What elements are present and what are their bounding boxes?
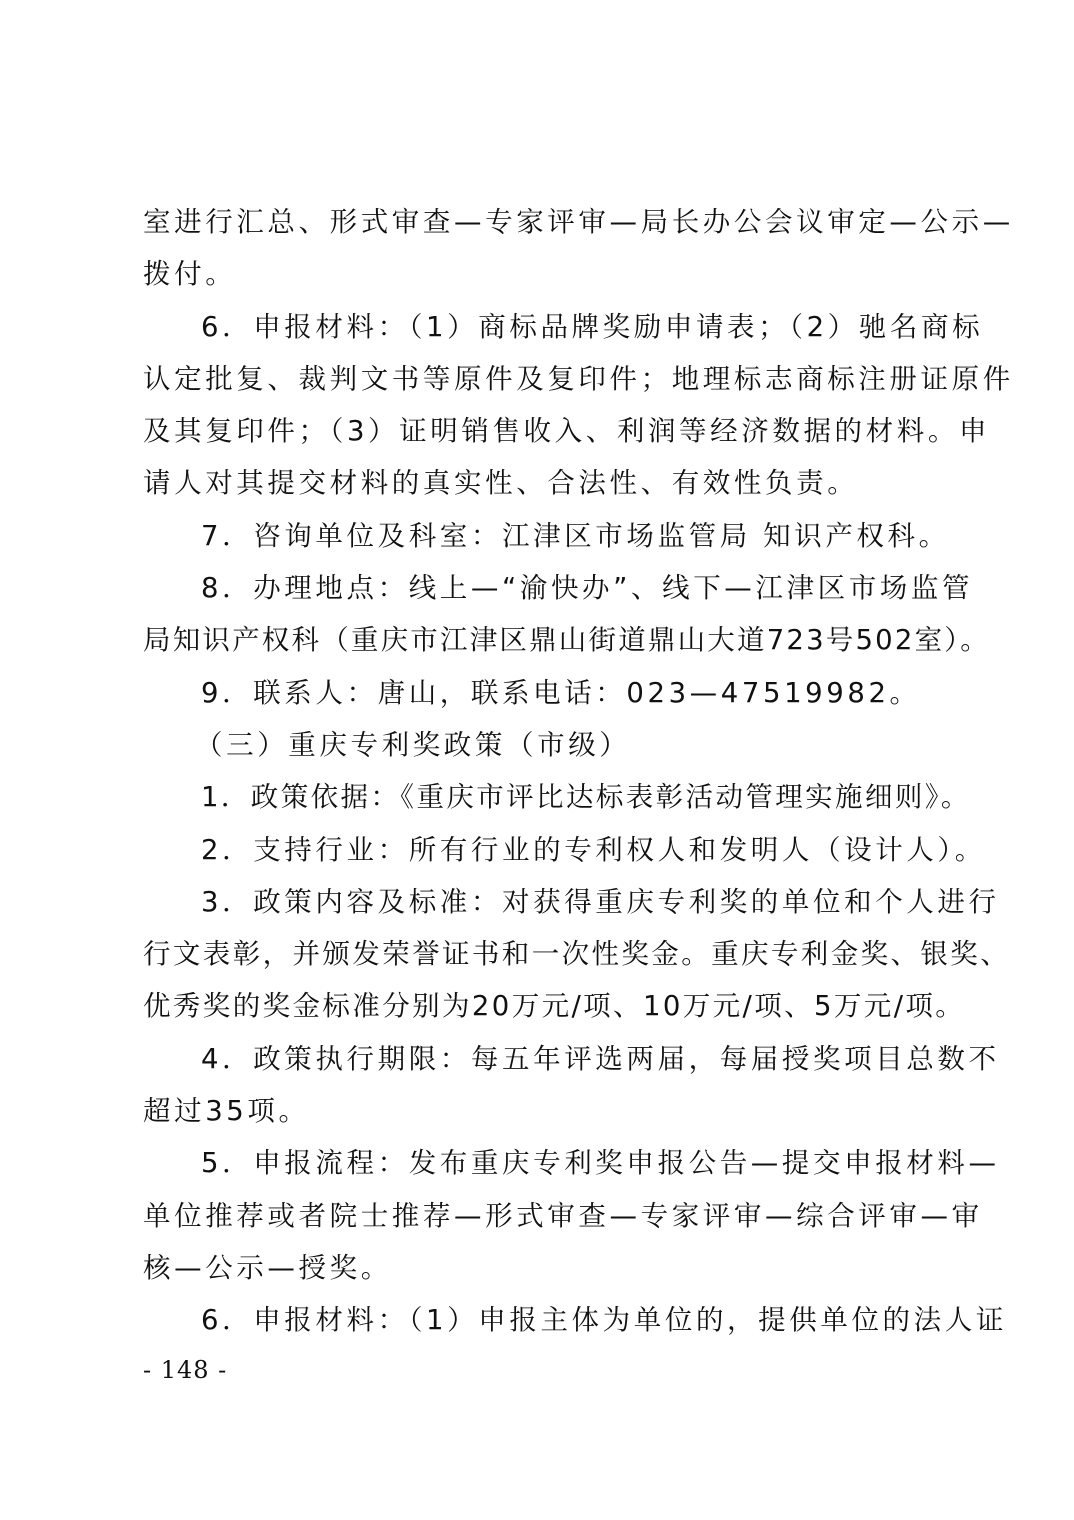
paragraph-line: 局知识产权科（重庆市江津区鼎山街道鼎山大道723号502室）。 (143, 614, 943, 666)
paragraph-line: 9．联系人：唐山，联系电话：023—47519982。 (143, 667, 943, 719)
paragraph-line: 优秀奖的奖金标准分别为20万元/项、10万元/项、5万元/项。 (143, 980, 943, 1032)
paragraph-line: 核—公示—授奖。 (143, 1242, 943, 1294)
paragraph-line: 7．咨询单位及科室：江津区市场监管局 知识产权科。 (143, 510, 943, 562)
paragraph-line: 3．政策内容及标准：对获得重庆专利奖的单位和个人进行 (143, 876, 943, 928)
paragraph-line: 拨付。 (143, 248, 943, 300)
paragraph-line: 行文表彰，并颁发荣誉证书和一次性奖金。重庆专利金奖、银奖、 (143, 928, 943, 980)
paragraph-line: 认定批复、裁判文书等原件及复印件；地理标志商标注册证原件 (143, 353, 943, 405)
paragraph-line: 1．政策依据：《重庆市评比达标表彰活动管理实施细则》。 (143, 771, 943, 823)
document-page: 室进行汇总、形式审查—专家评审—局长办公会议审定—公示— 拨付。 6．申报材料：… (143, 196, 943, 1347)
paragraph-line: 8．办理地点：线上—“渝快办”、线下—江津区市场监管 (143, 562, 943, 614)
page-number: - 148 - (143, 1356, 227, 1384)
paragraph-line: 6．申报材料：（1）申报主体为单位的，提供单位的法人证 (143, 1294, 943, 1346)
paragraph-line: 及其复印件；（3）证明销售收入、利润等经济数据的材料。申 (143, 405, 943, 457)
paragraph-line: 6．申报材料：（1）商标品牌奖励申请表；（2）驰名商标 (143, 301, 943, 353)
section-heading: （三）重庆专利奖政策（市级） (143, 719, 943, 771)
paragraph-line: 单位推荐或者院士推荐—形式审查—专家评审—综合评审—审 (143, 1190, 943, 1242)
paragraph-line: 5．申报流程：发布重庆专利奖申报公告—提交申报材料— (143, 1137, 943, 1189)
paragraph-line: 2．支持行业：所有行业的专利权人和发明人（设计人）。 (143, 824, 943, 876)
paragraph-line: 请人对其提交材料的真实性、合法性、有效性负责。 (143, 457, 943, 509)
paragraph-line: 室进行汇总、形式审查—专家评审—局长办公会议审定—公示— (143, 196, 943, 248)
paragraph-line: 4．政策执行期限：每五年评选两届，每届授奖项目总数不 (143, 1033, 943, 1085)
paragraph-line: 超过35项。 (143, 1085, 943, 1137)
